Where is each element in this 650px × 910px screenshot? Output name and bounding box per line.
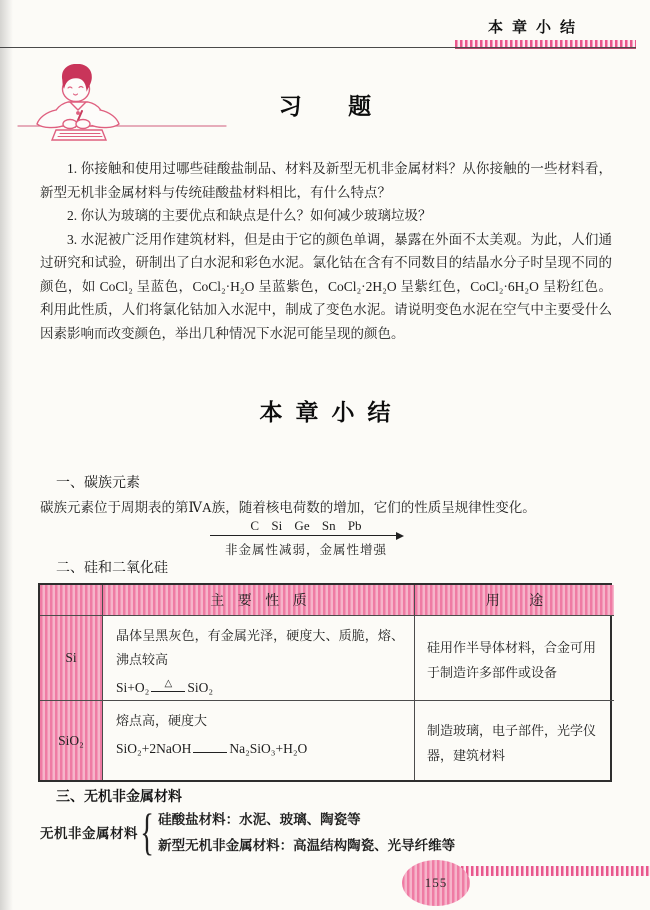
question-3: 3. 水泥被广泛用作建筑材料，但是由于它的颜色单调，暴露在外面不太美观。为此，人… — [40, 228, 612, 346]
trend-elements: C Si Ge Sn Pb — [210, 517, 402, 534]
running-title: 本章小结 — [488, 16, 584, 37]
section-materials-heading: 三、无机非金属材料 — [56, 786, 182, 806]
table-row-si-substance: Si — [40, 615, 102, 700]
trend-label: 非金属性减弱，金属性增强 — [210, 540, 402, 558]
reaction-condition: △ — [164, 672, 172, 696]
si-equation-lhs: Si+O₂ — [116, 680, 149, 695]
table-row-sio2-properties: 熔点高，硬度大 SiO₂+2NaOHNa₂SiO₃+H₂O — [102, 700, 414, 780]
table-row-sio2-uses: 制造玻璃，电子部件，光学仪器，建筑材料 — [414, 700, 614, 780]
reaction-line — [193, 745, 227, 753]
sio2-equation-rhs: Na₂SiO₃+H₂O — [229, 741, 307, 756]
sio2-uses-text: 制造玻璃，电子部件，光学仪器，建筑材料 — [427, 718, 604, 768]
trend-arrow — [210, 535, 402, 536]
silicon-properties-table: 主 要 性 质 用 途 Si 晶体呈黑灰色，有金属光泽，硬度大、质脆，熔、沸点较… — [38, 583, 612, 782]
header-rule-line — [0, 47, 636, 48]
sio2-equation-lhs: SiO₂+2NaOH — [116, 741, 191, 756]
textbook-page: 本章小结 习 题 1. 你接触和使用过哪些硅酸盐制品、材料及新型无机非金属材料？… — [0, 0, 650, 910]
materials-brace-diagram: 无机非金属材料 { 硅酸盐材料：水泥、玻璃、陶瓷等 新型无机非金属材料：高温结构… — [40, 806, 455, 858]
si-properties-text: 晶体呈黑灰色，有金属光泽，硬度大、质脆，熔、沸点较高 — [116, 624, 404, 672]
si-uses-text: 硅用作半导体材料，合金可用于制造许多部件或设备 — [427, 635, 604, 685]
table-row-sio2-substance: SiO₂ — [40, 700, 102, 780]
sio2-equation: SiO₂+2NaOHNa₂SiO₃+H₂O — [116, 737, 404, 761]
page-number: 155 — [425, 875, 448, 891]
table-header-properties: 主 要 性 质 — [102, 585, 414, 615]
footer-stripe-bar — [446, 866, 650, 876]
exercise-questions: 1. 你接触和使用过哪些硅酸盐制品、材料及新型无机非金属材料？从你接触的一些材料… — [40, 157, 612, 345]
brace-glyph: { — [140, 803, 154, 860]
si-equation-rhs: SiO₂ — [187, 680, 213, 695]
question-1: 1. 你接触和使用过哪些硅酸盐制品、材料及新型无机非金属材料？从你接触的一些材料… — [40, 157, 612, 204]
table-header-uses: 用 途 — [414, 585, 614, 615]
branch-new-materials: 新型无机非金属材料：高温结构陶瓷、光导纤维等 — [158, 837, 455, 854]
branch-silicate: 硅酸盐材料：水泥、玻璃、陶瓷等 — [158, 811, 455, 828]
table-row-si-uses: 硅用作半导体材料，合金可用于制造许多部件或设备 — [414, 615, 614, 700]
sio2-properties-text: 熔点高，硬度大 — [116, 709, 404, 733]
summary-title: 本章小结 — [0, 394, 650, 427]
materials-branches: 硅酸盐材料：水泥、玻璃、陶瓷等 新型无机非金属材料：高温结构陶瓷、光导纤维等 — [158, 811, 455, 854]
reaction-line: △ — [151, 684, 185, 692]
materials-label: 无机非金属材料 — [40, 822, 138, 842]
section-carbon-body: 碳族元素位于周期表的第ⅣA族，随着核电荷数的增加，它们的性质呈规律性变化。 — [40, 496, 612, 516]
section-carbon-heading: 一、碳族元素 — [56, 472, 140, 492]
section-silicon-heading: 二、硅和二氧化硅 — [56, 557, 168, 577]
exercises-title: 习 题 — [0, 88, 650, 121]
table-row-si-properties: 晶体呈黑灰色，有金属光泽，硬度大、质脆，熔、沸点较高 Si+O₂△SiO₂ — [102, 615, 414, 700]
question-2: 2. 你认为玻璃的主要优点和缺点是什么？如何减少玻璃垃圾？ — [40, 204, 612, 228]
si-equation: Si+O₂△SiO₂ — [116, 676, 404, 700]
page-number-badge: 155 — [402, 860, 470, 906]
carbon-family-trend-diagram: C Si Ge Sn Pb 非金属性减弱，金属性增强 — [210, 517, 402, 558]
table-header-substance — [40, 585, 102, 615]
